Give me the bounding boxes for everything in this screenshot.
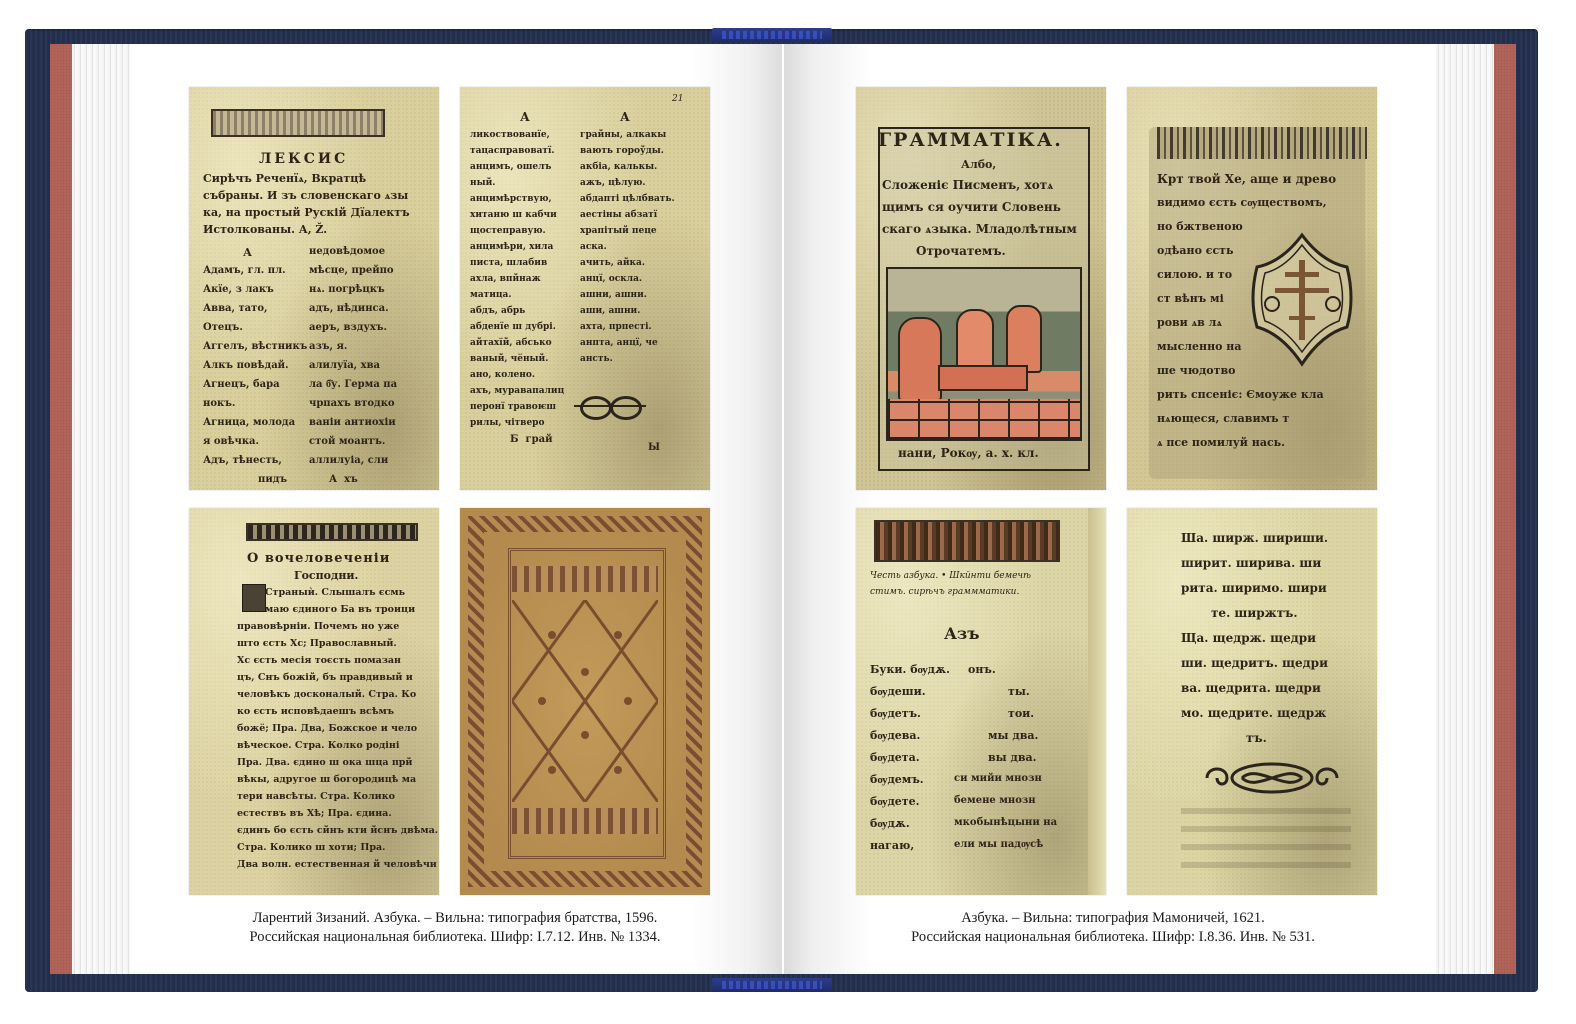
col-left: А Адамъ, гл. пл. Акїе, з лакъ Авва, тато… <box>203 247 307 490</box>
text-line: естествъ въ Хѣ; Пра. єдина. <box>237 809 438 826</box>
top-floral-band <box>512 566 658 592</box>
page-number: 21 <box>672 95 683 104</box>
plate-line: Сирѣчъ Реченїѧ, Вкратцѣ <box>203 173 366 184</box>
col-line: тои. <box>1008 708 1106 730</box>
col-line: ахъ, муравапалиц <box>470 387 564 403</box>
text-line: видимо єсть сѹществомъ, <box>1157 197 1336 221</box>
caption-line-2: Российская национальная библиотека. Шифр… <box>808 928 1418 947</box>
col-line: Агница, молода <box>203 418 307 437</box>
cross-roundel-icon <box>1247 232 1357 367</box>
col-line: анцї, оскла. <box>580 275 675 291</box>
col-line: бѹдемъ. <box>870 774 950 796</box>
bleed-through-text <box>1181 808 1351 868</box>
col-line: анпта, анцї, че <box>580 339 675 355</box>
text-line: ва. щедрита. щедри <box>1181 682 1328 707</box>
book-gutter <box>782 44 784 974</box>
plate-heading: ГРАММАТІКА. <box>878 131 1063 150</box>
text-line: ѧ псе помилуй нась. <box>1157 437 1336 461</box>
col-line: ансть. <box>580 355 675 371</box>
plate-heading: Азъ <box>944 626 980 642</box>
col-line: Алкъ повѣдай. <box>203 361 307 380</box>
col-line: Акїе, з лакъ <box>203 285 307 304</box>
col-line: аллилуіа, сли <box>309 456 397 475</box>
col-line: А хъ <box>329 475 417 490</box>
scroll-ornament-icon <box>1197 758 1347 798</box>
text-line: ши. щедритъ. щедри <box>1181 657 1328 682</box>
page-edge-red-right <box>1494 44 1516 974</box>
col-line: Аггелъ, вѣстникъ <box>203 342 307 361</box>
col-line: бѹдетъ. <box>870 708 950 730</box>
col-line: бѹдета. <box>870 752 950 774</box>
col-right: недовѣдомое мѣсце, прейпо нѧ. погрѣцкъ а… <box>309 247 397 490</box>
ornamental-headpiece <box>1157 127 1367 159</box>
text-line: Страныѝ. Слышалъ єсмь <box>265 588 439 605</box>
title-line: Сложеніє Писменъ, хотѧ <box>882 179 1053 191</box>
text-line: Два волн. естественная й человѣчи <box>237 860 438 877</box>
plate-heading: О вочеловеченіи <box>247 552 390 565</box>
col-line: рилы, чітверо <box>470 419 564 435</box>
col-line: храпітый пеце <box>580 227 675 243</box>
text-line: Пра. Два. єдино ш ока шца прй <box>237 758 438 775</box>
col-line: чрпахъ втодко <box>309 399 397 418</box>
col-head-left: А <box>520 111 530 123</box>
plate-lexis-p21: 21 А А ликоствованїе, тацасправоватї. ан… <box>460 87 710 490</box>
text-line: цъ, Снъ божій, бъ правдивый и <box>237 673 438 690</box>
col-line: вы два. <box>988 752 1091 774</box>
text-line: тъ. <box>1246 732 1377 757</box>
col-line: аши, ашни. <box>580 307 675 323</box>
title-line: Отрочатемъ. <box>916 245 1006 257</box>
col-line: ахта, прпесті. <box>580 323 675 339</box>
text-line: вѣческое. Стра. Колко родіні <box>237 741 438 758</box>
plate-subheading: Господни. <box>294 570 358 581</box>
text-line: ко єсть исповѣдаешъ всѣмъ <box>237 707 438 724</box>
col-line: тацасправоватї. <box>470 147 564 163</box>
col-line: анцимъ, ошелъ <box>470 163 564 179</box>
text-line: божё; Пра. Два, Божское и чело <box>237 724 438 741</box>
col-line: бѹдѫ. <box>870 818 950 840</box>
page-block-right <box>1436 44 1494 974</box>
col-line: хитаню ш кабчи <box>470 211 564 227</box>
text-line: вѣкы, адругое ш богородицѣ ма <box>237 775 438 792</box>
col-line: Адамъ, гл. пл. <box>203 266 307 285</box>
text-line: Ща. щедрж. щедри <box>1181 632 1328 657</box>
col-line: анцимѣри, хила <box>470 243 564 259</box>
col-line: ажъ, цѣлую. <box>580 179 675 195</box>
col-line: Б грай <box>510 435 604 451</box>
plate-grammatika-title: ГРАММАТІКА. Албо, Сложеніє Писменъ, хотѧ… <box>856 87 1106 490</box>
plate-line: ка, на простый Рускій Дїалектъ <box>203 207 410 218</box>
col-line: анцимѣрствую, <box>470 195 564 211</box>
plate-lexis: ЛЕКСИС Сирѣчъ Реченїѧ, Вкратцѣ събраны. … <box>189 87 439 490</box>
col-line: Адъ, тѣнесть, <box>203 456 307 475</box>
text-block: Страныѝ. Слышалъ єсмь маю єдиного Ба въ … <box>237 588 438 877</box>
page-block-left <box>72 44 130 974</box>
title-line: скаго ѧзыка. Младолѣтным <box>882 223 1077 235</box>
figure <box>956 309 994 369</box>
col-line: Буки. бѹдѫ. <box>870 664 950 686</box>
text-line: те. ширжтъ. <box>1211 607 1358 632</box>
caption-line-2: Российская национальная библиотека. Шифр… <box>150 928 760 947</box>
text-line: маю єдиного Ба въ троици <box>265 605 439 622</box>
col-right: онъ. ты. тои. мы два. вы два. си мийи мн… <box>968 664 1071 862</box>
col-line: бѹдева. <box>870 730 950 752</box>
col-line: ачить, айка. <box>580 259 675 275</box>
col-left: ликоствованїе, тацасправоватї. анцимъ, о… <box>470 131 564 451</box>
col-left: Буки. бѹдѫ. бѹдеши. бѹдетъ. бѹдева. бѹде… <box>870 664 950 862</box>
title-line: щимъ ся оучити Словень <box>882 201 1061 213</box>
caption-right: Азбука. – Вильна: типография Мамоничей, … <box>808 909 1418 947</box>
col-line: нагаю, <box>870 840 950 862</box>
text-line: человѣкъ досконалый. Стра. Ко <box>237 690 438 707</box>
text-line: Стра. Колико ш хоти; Пра. <box>237 843 438 860</box>
headband-bottom <box>712 978 832 992</box>
col-line: Авва, тато, <box>203 304 307 323</box>
col-line: азъ, я. <box>309 342 397 361</box>
col-line: алилуїа, хва <box>309 361 397 380</box>
col-line: адъ, нѣдинса. <box>309 304 397 323</box>
col-line: я овѣчка. <box>203 437 307 456</box>
col-line: вають гороўды. <box>580 147 675 163</box>
text-line: ше чюдотво <box>1157 365 1336 389</box>
text-line: тери навсѣты. Стра. Колико <box>237 792 438 809</box>
ornamental-headpiece <box>211 109 385 137</box>
text-line: Хс єсть месія тоєсть помазан <box>237 656 438 673</box>
col-line: ваніи антиохіи <box>309 418 397 437</box>
col-line: ашни, ашни. <box>580 291 675 307</box>
col-line: мкобынѣцыни на <box>954 818 1057 840</box>
col-line: ный. <box>470 179 564 195</box>
text-line: мо. щедрите. щедрж <box>1181 707 1328 732</box>
text-line: Крт твой Хе, аще и древо <box>1157 173 1336 197</box>
headband-top <box>712 28 832 42</box>
table <box>938 365 1028 391</box>
plate-line: Истолкованы. А, Ž. <box>203 224 327 235</box>
figure <box>898 317 942 401</box>
page-edge-red-left <box>50 44 72 974</box>
plate-azbuka-az: Честь азбука. • Шкйнти бемечѣ стимъ. сир… <box>856 508 1106 895</box>
woodcut-illustration <box>886 267 1082 441</box>
lattice-pattern-icon <box>512 600 658 802</box>
signature-mark: Ы <box>648 443 660 453</box>
figure <box>1006 305 1042 373</box>
vignette-ornament <box>580 392 640 420</box>
col-line: си мийи мнозн <box>954 774 1057 796</box>
text-line: рить спсеніє: Ємоуже кла <box>1157 389 1336 413</box>
col-line: щостеправую. <box>470 227 564 243</box>
col-right: грайны, алкакы вають гороўды. акбіа, кал… <box>580 131 675 371</box>
col-line: Отецъ. <box>203 323 307 342</box>
caption-line-1: Азбука. – Вильна: типография Мамоничей, … <box>808 909 1418 928</box>
col-line: ели мы падѹсѣ <box>954 840 1057 862</box>
col-line: абденїе ш дубрі. <box>470 323 564 339</box>
bottom-floral-band <box>512 808 658 834</box>
intro-line: стимъ. сирѣчъ граммматики. <box>870 588 1019 597</box>
col-line: ла б҃у. Герма па <box>309 380 397 399</box>
col-line: нѧ. погрѣцкъ <box>309 285 397 304</box>
ornamental-headpiece <box>246 523 418 541</box>
col-line: мы два. <box>988 730 1091 752</box>
col-line: ты. <box>1008 686 1106 708</box>
col-line: Агнецъ, бара <box>203 380 307 399</box>
col-line: ликоствованїе, <box>470 131 564 147</box>
col-line: грайны, алкакы <box>580 131 675 147</box>
plate-cross-roundel: Крт твой Хе, аще и древо видимо єсть сѹщ… <box>1127 87 1377 490</box>
col-line: стой моантъ. <box>309 437 397 456</box>
text-line: єдинъ бо єсть сйнъ кти йснъ двѣма. <box>237 826 438 843</box>
col-line: абдъ, абрь <box>470 307 564 323</box>
text-line: нѧющеся, славимъ т <box>1157 413 1336 437</box>
col-line: матица. <box>470 291 564 307</box>
col-line: нокъ. <box>203 399 307 418</box>
caption-left: Ларентий Зизаний. Азбука. – Вильна: типо… <box>150 909 760 947</box>
col-line: ваный, чёный. <box>470 355 564 371</box>
text-line: правовѣрніи. Почемъ но уже <box>237 622 438 639</box>
col-line: бѹдеши. <box>870 686 950 708</box>
plate-sha-shcha: Ша. ширж. шириши. ширит. ширива. ши рита… <box>1127 508 1377 895</box>
caption-line-1: Ларентий Зизаний. Азбука. – Вильна: типо… <box>150 909 760 928</box>
title-line: Албо, <box>961 159 996 170</box>
col-line: бемене мнозн <box>954 796 1057 818</box>
col-head-right: А <box>620 111 630 123</box>
col-line: недовѣдомое <box>309 247 397 266</box>
col-line: аеръ, вздухъ. <box>309 323 397 342</box>
plate-line: събраны. И зъ словенскаго ѧзы <box>203 190 408 201</box>
col-line: бѹдете. <box>870 796 950 818</box>
col-line: писта, шлабив <box>470 259 564 275</box>
col-line: аска. <box>580 243 675 259</box>
col-line: онъ. <box>968 664 1071 686</box>
col-line: акбіа, калькы. <box>580 163 675 179</box>
plate-leather-binding <box>460 508 710 895</box>
col-line: мѣсце, прейпо <box>309 266 397 285</box>
col-line: ахла, впйнаж <box>470 275 564 291</box>
imprint-line: нани, Рокѹ, а. х. кл. <box>898 447 1039 459</box>
col-line: аестіны абзатї <box>580 211 675 227</box>
tiled-floor <box>888 399 1080 439</box>
col-line: ано, колено. <box>470 371 564 387</box>
ornamental-headpiece <box>874 520 1060 562</box>
text-line: ширит. ширива. ши <box>1181 557 1328 582</box>
text-line: што єсть Хс; Православный. <box>237 639 438 656</box>
plate-heading: ЛЕКСИС <box>259 152 348 166</box>
col-line: айтахїй, абсько <box>470 339 564 355</box>
col-line: перонї травоѥш <box>470 403 564 419</box>
intro-line: Честь азбука. • Шкйнти бемечѣ <box>870 572 1031 581</box>
text-block: Ша. ширж. шириши. ширит. ширива. ши рита… <box>1181 532 1328 757</box>
plate-incarnation: О вочеловеченіи Господни. Страныѝ. Слыша… <box>189 508 439 895</box>
text-line: Ша. ширж. шириши. <box>1181 532 1328 557</box>
text-line: рита. ширимо. шири <box>1181 582 1328 607</box>
col-line: абдапті цѣлбвать. <box>580 195 675 211</box>
